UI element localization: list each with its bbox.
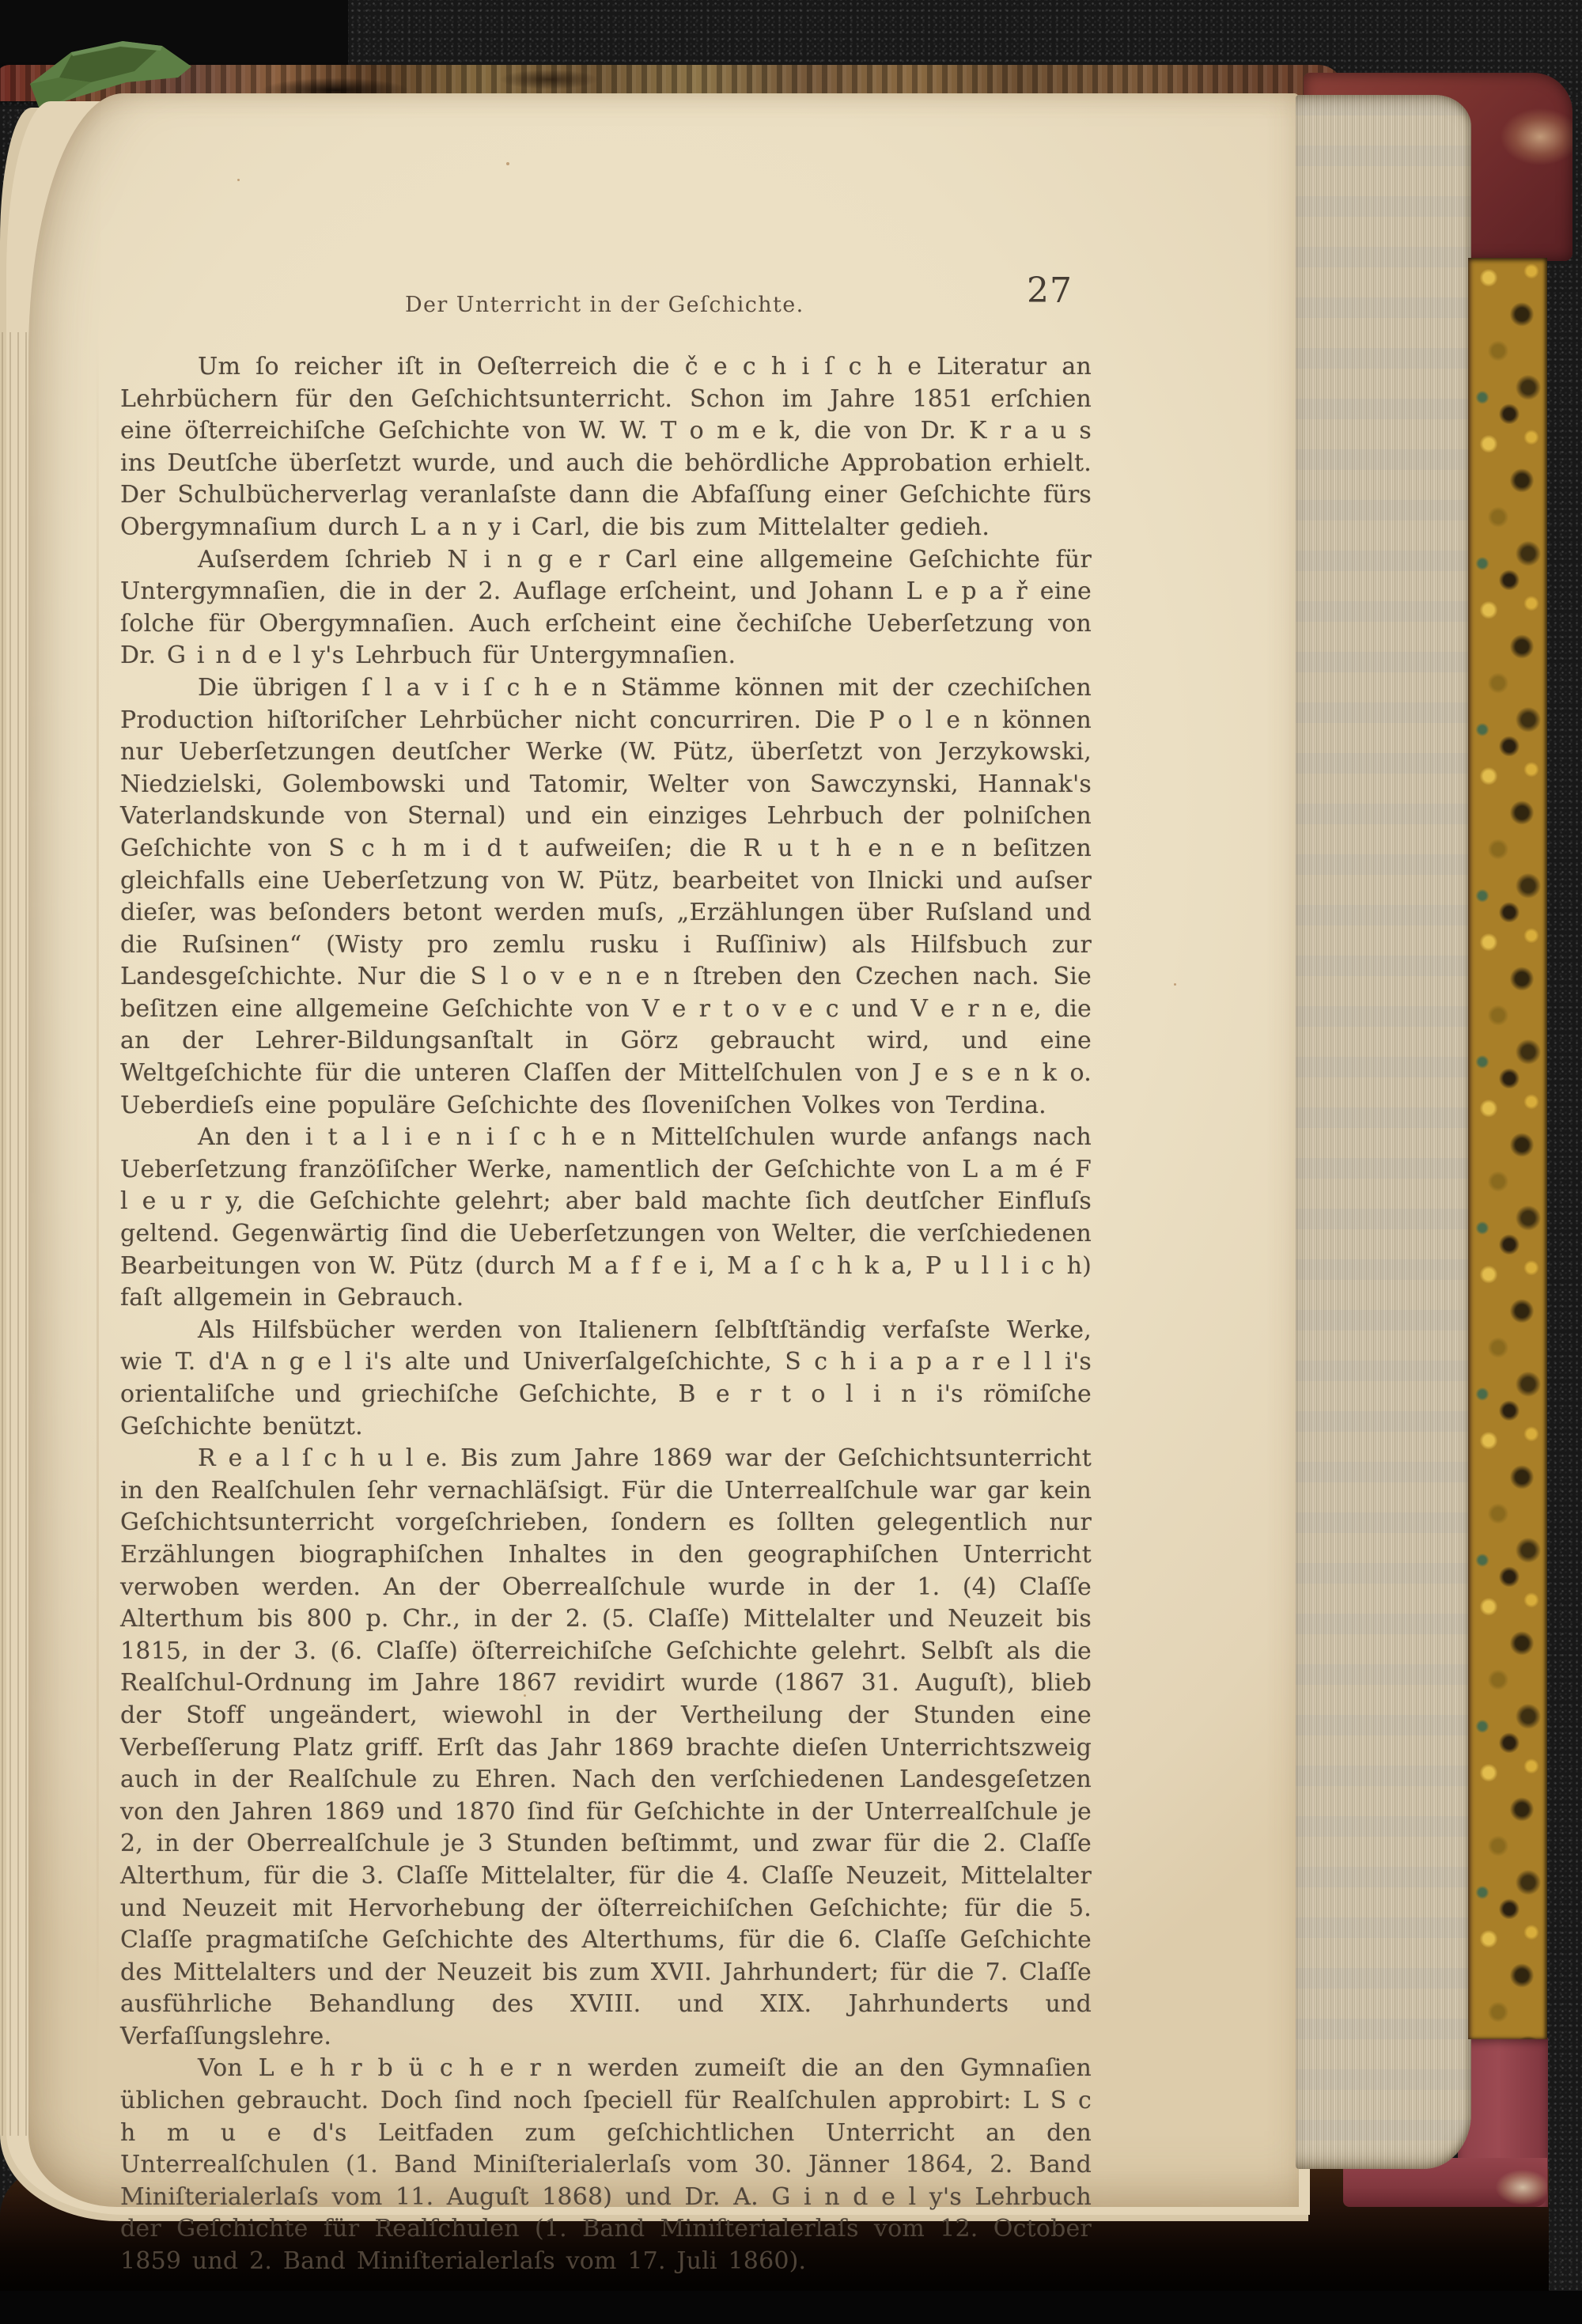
page-header: Der Unterricht in der Geſchichte. 27 bbox=[120, 275, 1092, 351]
fore-edge-page-stack bbox=[1296, 95, 1471, 2169]
photo-background-bottom bbox=[0, 2291, 1582, 2324]
book-scan-photo: Der Unterricht in der Geſchichte. 27 Um … bbox=[0, 0, 1582, 2324]
paragraph: Auſserdem ſchrieb N i n g e r Carl eine … bbox=[120, 544, 1092, 672]
foxing-speck bbox=[331, 2069, 333, 2071]
paragraph: Um ſo reicher iſt in Oeſterreich die č e… bbox=[120, 351, 1092, 544]
paragraph: An den i t a l i e n i ſ c h e n Mittelſ… bbox=[120, 1122, 1092, 1315]
foxing-speck bbox=[782, 451, 784, 453]
running-title: Der Unterricht in der Geſchichte. bbox=[405, 293, 804, 317]
paragraph: Als Hilfsbücher werden von Italienern ſe… bbox=[120, 1315, 1092, 1443]
foxing-speck bbox=[1174, 983, 1176, 986]
page-crease bbox=[97, 340, 99, 2041]
paragraph: Von L e h r b ü c h e r n werden zumeiſt… bbox=[120, 2053, 1092, 2277]
foxing-speck bbox=[506, 162, 509, 165]
foxing-speck bbox=[892, 1323, 894, 1326]
page-number: 27 bbox=[1027, 271, 1073, 311]
foxing-speck bbox=[524, 1694, 526, 1697]
body-text: Um ſo reicher iſt in Oeſterreich die č e… bbox=[120, 351, 1092, 2278]
paragraph: Die übrigen ſ l a v i ſ c h e n Stämme k… bbox=[120, 672, 1092, 1122]
text-block: Der Unterricht in der Geſchichte. 27 Um … bbox=[120, 275, 1092, 2278]
foxing-speck bbox=[237, 179, 240, 181]
marbled-cover-paper bbox=[1468, 258, 1547, 2039]
gutter-page-edges bbox=[2, 332, 32, 2136]
paragraph: R e a l ſ c h u l e. Bis zum Jahre 1869 … bbox=[120, 1443, 1092, 2053]
